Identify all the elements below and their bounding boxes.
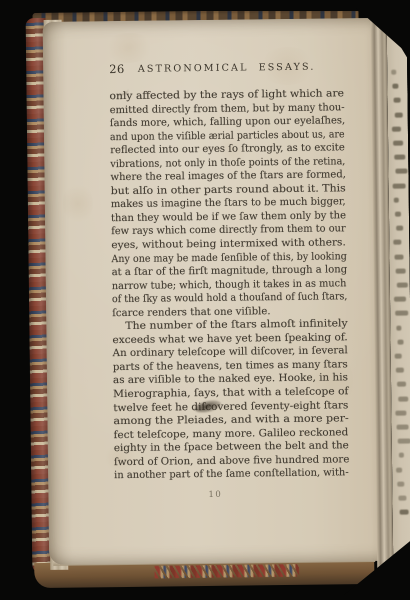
foxing-spot bbox=[63, 181, 94, 225]
signature-mark: 10 bbox=[198, 490, 232, 500]
facing-page-text-fragment bbox=[395, 212, 401, 217]
facing-page-text-fragment bbox=[400, 510, 409, 515]
facing-page-text-fragment bbox=[399, 453, 404, 458]
running-header: 26 ASTRONOMICAL ESSAYS. bbox=[109, 59, 344, 78]
facing-page-text-fragment bbox=[391, 70, 396, 75]
text-line: in another part of the ſame conſtellatio… bbox=[114, 467, 349, 483]
facing-page-text-fragment bbox=[396, 368, 404, 373]
photo-black-background: 26 ASTRONOMICAL ESSAYS. only affected by… bbox=[0, 0, 410, 600]
facing-page-text-fragment bbox=[397, 425, 409, 430]
facing-page-text-fragment bbox=[396, 268, 406, 273]
bottom-marbled-chevron-pattern bbox=[154, 564, 299, 579]
page-text: only affected by the rays of light which… bbox=[109, 87, 349, 483]
facing-page-text-fragment bbox=[396, 226, 403, 231]
book-page: 26 ASTRONOMICAL ESSAYS. only affected by… bbox=[43, 18, 380, 565]
facing-page-text-fragment bbox=[398, 439, 410, 444]
facing-page-text-fragment bbox=[395, 410, 406, 415]
facing-page-text-fragment bbox=[395, 354, 402, 359]
text-line: of the ſky as would hold a thouſand of ſ… bbox=[112, 290, 347, 306]
facing-page-text-fragment bbox=[397, 339, 403, 344]
facing-page-text-fragment bbox=[393, 183, 406, 188]
facing-page-text-fragment bbox=[393, 240, 401, 245]
facing-page-text-fragment bbox=[398, 496, 406, 501]
facing-page-text-fragment bbox=[397, 481, 404, 486]
facing-page-text-fragment bbox=[395, 112, 403, 117]
book: 26 ASTRONOMICAL ESSAYS. only affected by… bbox=[0, 0, 410, 600]
foxing-spot bbox=[103, 33, 155, 64]
facing-page-text-fragment bbox=[394, 98, 401, 103]
facing-page-text-fragment bbox=[397, 382, 406, 387]
facing-page-text-fragment bbox=[396, 325, 401, 330]
facing-page-text-fragment bbox=[395, 169, 407, 174]
facing-page-text-fragment bbox=[392, 84, 398, 89]
facing-page-text-fragment bbox=[396, 467, 402, 472]
facing-page-text-fragment bbox=[394, 197, 399, 202]
facing-page-text-fragment bbox=[394, 254, 403, 259]
facing-page-text-fragment bbox=[397, 283, 408, 288]
facing-page-text-fragment bbox=[392, 126, 401, 131]
facing-page-text-fragment bbox=[393, 141, 403, 146]
facing-page-text-fragment bbox=[394, 297, 406, 302]
background-top bbox=[0, 0, 410, 11]
facing-page-text-fragment bbox=[398, 396, 408, 401]
running-header-title: ASTRONOMICAL ESSAYS. bbox=[109, 61, 344, 75]
facing-page-text-fragment bbox=[394, 155, 405, 160]
facing-page-text-fragment bbox=[395, 311, 408, 316]
